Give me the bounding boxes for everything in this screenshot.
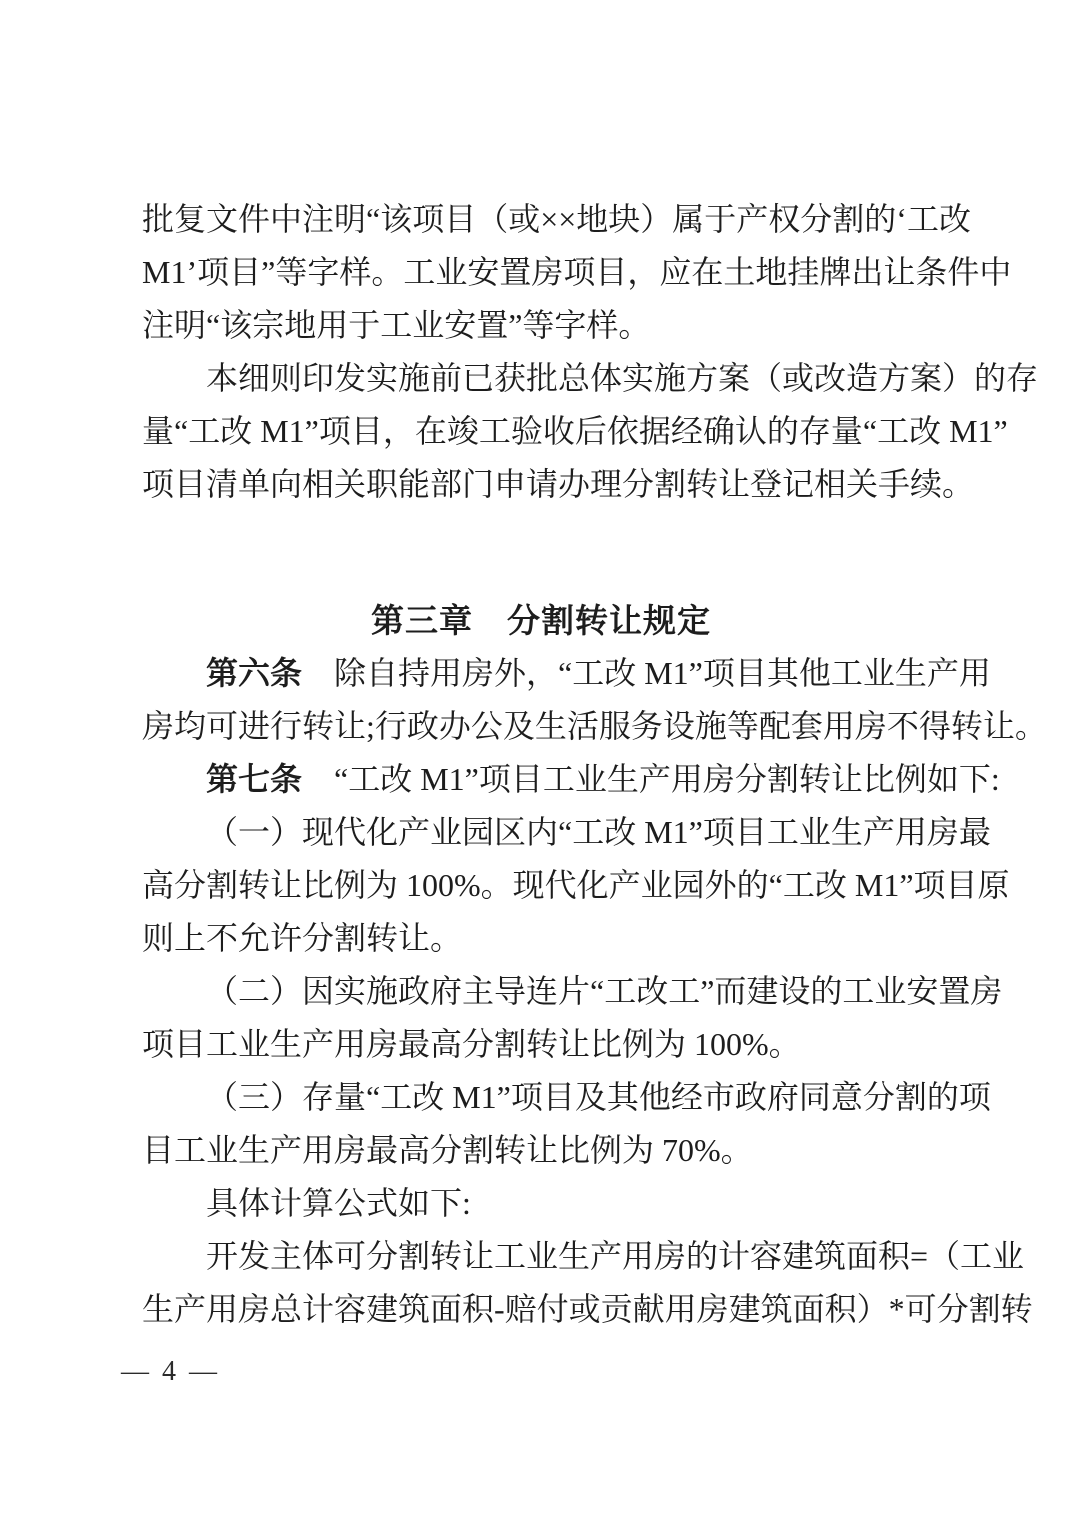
document-page: 批复文件中注明“该项目（或××地块）属于产权分割的‘工改M1’项目”等字样。工业… [0,0,1071,1515]
text-line: 生产用房总计容建筑面积-赔付或贡献用房建筑面积）*可分割转 [142,1283,940,1336]
text-line: （二）因实施政府主导连片“工改工”而建设的工业安置房 [142,965,940,1018]
chapter-heading: 第三章 分割转让规定 [142,594,940,647]
line-text: 除自持用房外，“工改 M1”项目其他工业生产用 [302,655,991,691]
text-line: 目工业生产用房最高分割转让比例为 70%。 [142,1124,940,1177]
text-line: 则上不允许分割转让。 [142,912,940,965]
text-line: （一）现代化产业园区内“工改 M1”项目工业生产用房最 [142,806,940,859]
text-line: （三）存量“工改 M1”项目及其他经市政府同意分割的项 [142,1071,940,1124]
line-text: “工改 M1”项目工业生产用房分割转让比例如下: [302,761,1000,797]
text-line: 项目清单向相关职能部门申请办理分割转让登记相关手续。 [142,458,940,511]
text-line: 本细则印发实施前已获批总体实施方案（或改造方案）的存 [142,352,940,405]
text-line: 高分割转让比例为 100%。现代化产业园外的“工改 M1”项目原 [142,859,940,912]
text-line: 第六条 除自持用房外，“工改 M1”项目其他工业生产用 [142,647,940,700]
text-line: 项目工业生产用房最高分割转让比例为 100%。 [142,1018,940,1071]
text-line: 具体计算公式如下: [142,1177,940,1230]
text-line: 开发主体可分割转让工业生产用房的计容建筑面积=（工业 [142,1230,940,1283]
text-line: M1’项目”等字样。工业安置房项目，应在土地挂牌出让条件中 [142,246,940,299]
text-line: 批复文件中注明“该项目（或××地块）属于产权分割的‘工改 [142,193,940,246]
text-line: 量“工改 M1”项目，在竣工验收后依据经确认的存量“工改 M1” [142,405,940,458]
text-line: 注明“该宗地用于工业安置”等字样。 [142,299,940,352]
clause-number: 第七条 [206,761,302,797]
text-line: 房均可进行转让;行政办公及生活服务设施等配套用房不得转让。 [142,700,940,753]
document-body: 批复文件中注明“该项目（或××地块）属于产权分割的‘工改M1’项目”等字样。工业… [142,193,940,1336]
page-number: — 4 — [121,1352,220,1392]
clause-number: 第六条 [206,655,302,691]
text-line: 第七条 “工改 M1”项目工业生产用房分割转让比例如下: [142,753,940,806]
